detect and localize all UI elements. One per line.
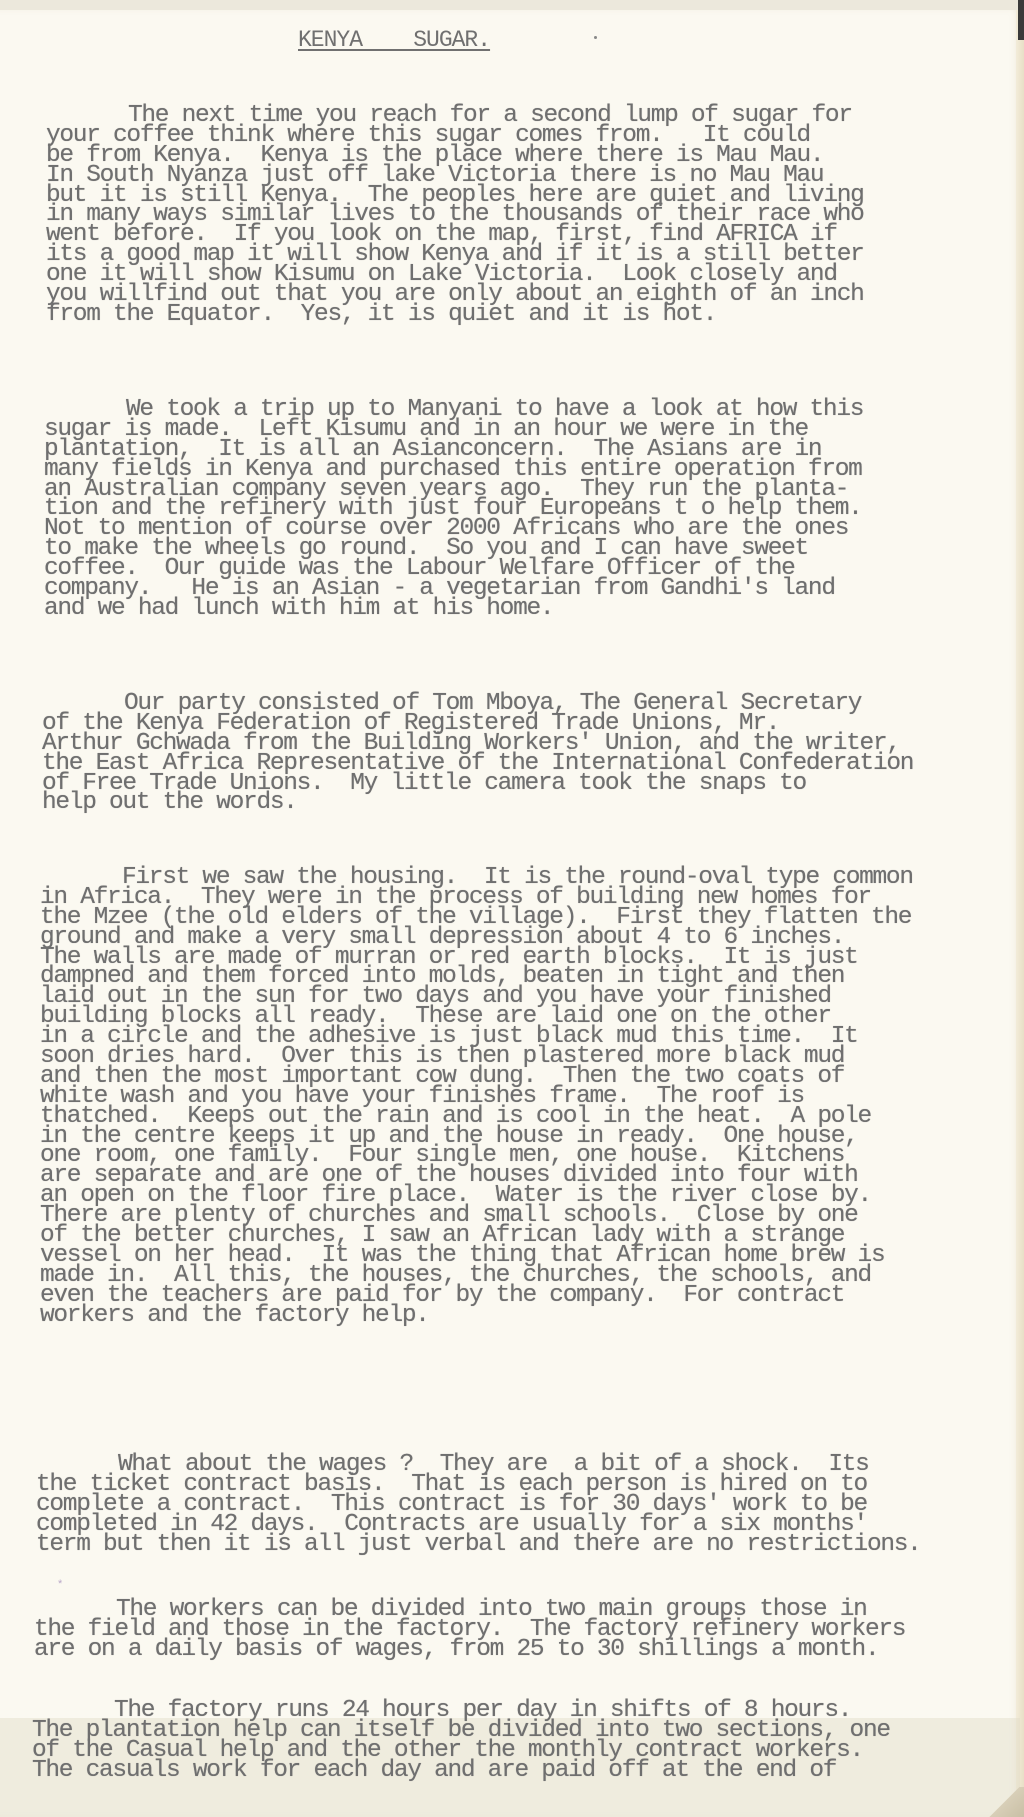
text-line: term but then it is all just verbal and … (36, 1535, 996, 1555)
margin-mark: * (58, 1578, 62, 1590)
text-line: and we had lunch with him at his home. (44, 599, 1004, 619)
scan-corner (1018, 0, 1024, 40)
paragraph-7: The factory runs 24 hours per day in shi… (32, 1701, 992, 1781)
page-curl (984, 1787, 1024, 1817)
paragraph-5: What about the wages ? They are a bit of… (36, 1455, 996, 1554)
text-line: are on a daily basis of wages, from 25 t… (34, 1640, 994, 1660)
paragraph-4: First we saw the housing. It is the roun… (40, 868, 1000, 1325)
page-edge (1016, 10, 1024, 1817)
ink-speck (594, 36, 597, 39)
paragraph-1: The next time you reach for a second lum… (46, 106, 1006, 325)
document-title: KENYA SUGAR. (298, 27, 490, 53)
paragraph-2: We took a trip up to Manyani to have a l… (44, 400, 1004, 619)
paragraph-3: Our party consisted of Tom Mboya, The Ge… (42, 694, 1002, 813)
paragraph-6: The workers can be divided into two main… (34, 1600, 994, 1660)
